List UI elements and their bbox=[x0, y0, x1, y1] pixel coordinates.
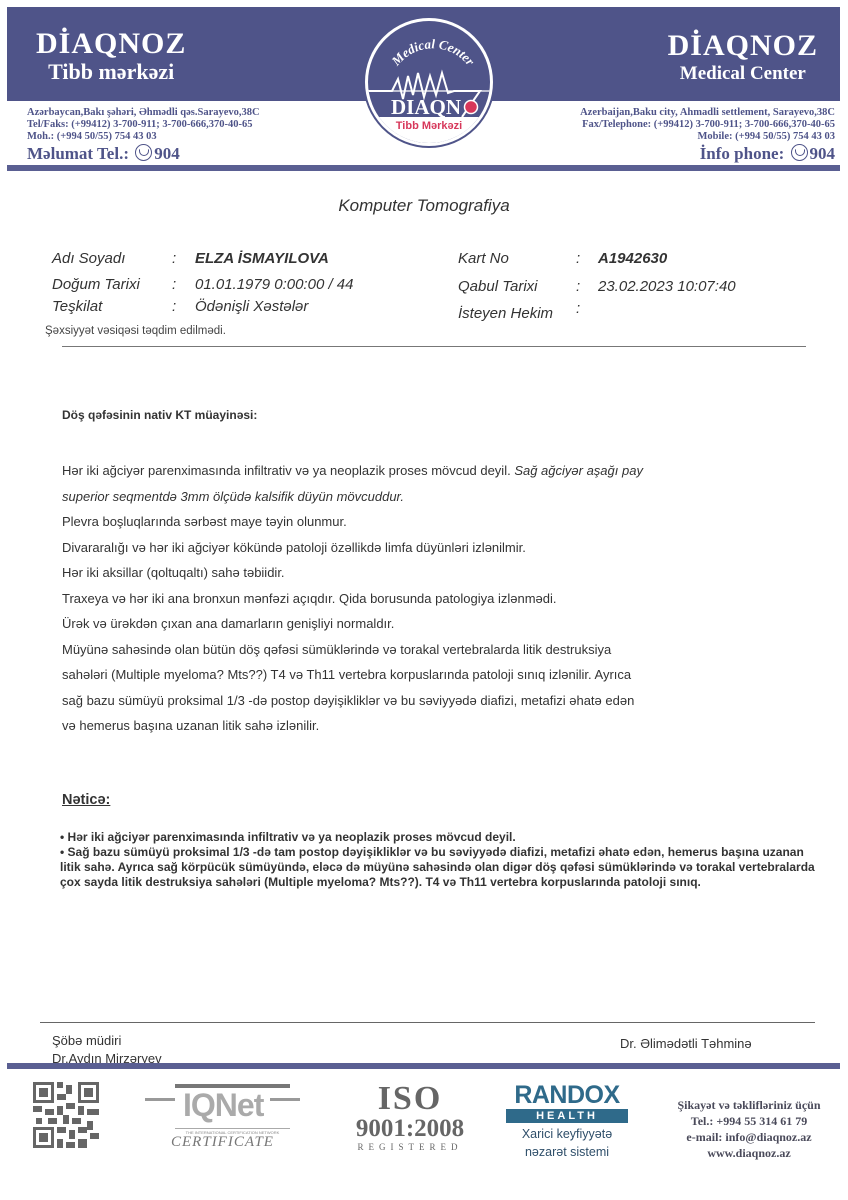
finding-text-italic: Sağ ağciyər aşağı pay bbox=[514, 463, 643, 478]
finding-text: Hər iki ağciyər parenximasında infiltrat… bbox=[62, 463, 514, 478]
dob-label: Doğum Tarixi bbox=[52, 276, 140, 293]
finding-line: sahələri (Multiple myeloma? Mts??) T4 və… bbox=[62, 662, 812, 688]
randox-mark: RANDOX bbox=[506, 1082, 628, 1108]
tel-fax-en: Fax/Telephone: (+99412) 3-700-911; 3-700… bbox=[580, 119, 835, 131]
colon: : bbox=[576, 278, 580, 295]
colon: : bbox=[172, 298, 176, 315]
iqnet-mark: IQNet bbox=[183, 1087, 263, 1124]
conclusion: • Hər iki ağciyər parenximasında infiltr… bbox=[60, 830, 820, 890]
card-value: A1942630 bbox=[598, 250, 667, 267]
iso-logo: ISO 9001:2008 REGISTERED bbox=[345, 1082, 475, 1152]
requesting-doctor-row: İsteyen Hekim : bbox=[458, 305, 553, 322]
headset-icon bbox=[791, 144, 808, 161]
diaqnoz-logo: Medical Center DIAQN Tibb Mərkəzi bbox=[365, 18, 493, 146]
finding-line: Hər iki aksillar (qoltuqaltı) sahə təbii… bbox=[62, 560, 812, 586]
iso-label: REGISTERED bbox=[345, 1142, 475, 1152]
finding-line: Plevra boşluqlarında sərbəst maye təyin … bbox=[62, 509, 812, 535]
svg-text:DIAQN: DIAQN bbox=[391, 95, 461, 119]
admission-row: Qabul Tarixi : 23.02.2023 10:07:40 bbox=[458, 278, 537, 295]
patient-name-row: Adı Soyadı : ELZA İSMAYILOVA bbox=[52, 250, 125, 267]
feedback-tel: Tel.: +994 55 314 61 79 bbox=[650, 1113, 848, 1129]
id-note: Şəxsiyyət vəsiqəsi təqdim edilmədi. bbox=[45, 325, 226, 337]
signature-line bbox=[40, 1022, 815, 1023]
colon: : bbox=[576, 250, 580, 267]
card-label: Kart No bbox=[458, 250, 509, 267]
info-line-az: Məlumat Tel.: 904 bbox=[27, 144, 260, 164]
finding-line: sağ bazu sümüyü proksimal 1/3 -də postop… bbox=[62, 688, 812, 714]
conclusion-item: • Hər iki ağciyər parenximasında infiltr… bbox=[60, 830, 820, 845]
admission-value: 23.02.2023 10:07:40 bbox=[598, 278, 736, 295]
admission-label: Qabul Tarixi bbox=[458, 278, 537, 295]
finding-line: Hər iki ağciyər parenximasında infiltrat… bbox=[62, 458, 812, 484]
document-title: Komputer Tomografiya bbox=[0, 196, 848, 216]
organization-label: Teşkilat bbox=[52, 298, 102, 315]
colon: : bbox=[576, 300, 580, 317]
address-az: Azərbaycan,Bakı şəhəri, Əhmədli qəs.Sara… bbox=[27, 107, 260, 119]
iqnet-dash bbox=[145, 1098, 175, 1101]
finding-line: və hemerus başına uzanan litik sahə izlə… bbox=[62, 713, 812, 739]
info-number-en: 904 bbox=[810, 144, 836, 163]
randox-sub: HEALTH bbox=[506, 1109, 628, 1123]
finding-line: Müyünə sahəsində olan bütün döş qəfəsi s… bbox=[62, 637, 812, 663]
info-label-az: Məlumat Tel.: bbox=[27, 144, 129, 163]
brand-left-name: DİAQNOZ bbox=[36, 28, 186, 60]
card-row: Kart No : A1942630 bbox=[458, 250, 509, 267]
randox-line1: Xarici keyfiyyətə bbox=[506, 1125, 628, 1143]
info-line-en: İnfo phone: 904 bbox=[580, 144, 835, 164]
divider bbox=[62, 346, 806, 347]
organization-row: Teşkilat : Ödənişli Xəstələr bbox=[52, 298, 102, 315]
mobile-az: Moh.: (+994 50/55) 754 43 03 bbox=[27, 131, 260, 143]
info-number-az: 904 bbox=[154, 144, 180, 163]
exam-heading: Döş qəfəsinin nativ KT müayinəsi: bbox=[62, 408, 257, 422]
organization-value: Ödənişli Xəstələr bbox=[195, 298, 308, 315]
finding-line: superior seqmentdə 3mm ölçüdə kalsifik d… bbox=[62, 484, 812, 510]
feedback-title: Şikayət və təklifləriniz üçün bbox=[650, 1097, 848, 1113]
colon: : bbox=[172, 250, 176, 267]
feedback-email[interactable]: e-mail: info@diaqnoz.az bbox=[650, 1129, 848, 1145]
finding-line: Divararalığı və hər iki ağciyər kökündə … bbox=[62, 535, 812, 561]
feedback-contact: Şikayət və təklifləriniz üçün Tel.: +994… bbox=[650, 1097, 848, 1161]
address-en: Azerbaijan,Baku city, Ahmadli settlement… bbox=[580, 107, 835, 119]
brand-right-subtitle: Medical Center bbox=[668, 62, 818, 86]
randox-logo: RANDOX HEALTH Xarici keyfiyyətə nəzarət … bbox=[506, 1082, 628, 1161]
brand-left-subtitle: Tibb mərkəzi bbox=[36, 60, 186, 84]
patient-name-label: Adı Soyadı bbox=[52, 250, 125, 267]
finding-line: Ürək və ürəkdən çıxan ana damarların gen… bbox=[62, 611, 812, 637]
iso-mark: ISO bbox=[345, 1082, 475, 1116]
conclusion-item: • Sağ bazu sümüyü proksimal 1/3 -də tam … bbox=[60, 845, 820, 890]
tel-fax-az: Tel/Faks: (+99412) 3-700-911; 3-700-666,… bbox=[27, 119, 260, 131]
iqnet-label: CERTIFICATE bbox=[145, 1134, 300, 1151]
brand-left: DİAQNOZ Tibb mərkəzi bbox=[36, 28, 186, 84]
contact-right: Azerbaijan,Baku city, Ahmadli settlement… bbox=[580, 107, 835, 164]
svg-text:Medical Center: Medical Center bbox=[388, 36, 479, 69]
finding-line: Traxeya və hər iki ana bronxun mənfəzi a… bbox=[62, 586, 812, 612]
brand-right-name: DİAQNOZ bbox=[668, 30, 818, 62]
headset-icon bbox=[135, 144, 152, 161]
footer-stripe bbox=[7, 1063, 840, 1069]
iqnet-certificate-logo: IQNet THE INTERNATIONAL CERTIFICATION NE… bbox=[145, 1082, 300, 1152]
iso-number: 9001:2008 bbox=[345, 1116, 475, 1142]
header-stripe bbox=[7, 165, 840, 171]
info-label-en: İnfo phone: bbox=[700, 144, 785, 163]
qr-code-icon bbox=[33, 1082, 99, 1148]
reporting-doctor: Dr. Əlimədətli Təhminə bbox=[620, 1036, 752, 1051]
feedback-website[interactable]: www.diaqnoz.az bbox=[650, 1145, 848, 1161]
dob-row: Doğum Tarixi : 01.01.1979 0:00:00 / 44 bbox=[52, 276, 140, 293]
logo-subtext: Tibb Mərkəzi bbox=[368, 117, 490, 143]
department-head-title: Şöbə müdiri bbox=[52, 1032, 162, 1050]
requesting-doctor-label: İsteyen Hekim bbox=[458, 305, 553, 322]
conclusion-heading: Nəticə: bbox=[62, 792, 110, 808]
iqnet-dash bbox=[270, 1098, 300, 1101]
dob-value: 01.01.1979 0:00:00 / 44 bbox=[195, 276, 353, 293]
colon: : bbox=[172, 276, 176, 293]
iso-mark-text: ISO bbox=[378, 1080, 443, 1117]
randox-line2: nəzarət sistemi bbox=[506, 1143, 628, 1161]
mobile-en: Mobile: (+994 50/55) 754 43 03 bbox=[580, 131, 835, 143]
findings: Hər iki ağciyər parenximasında infiltrat… bbox=[62, 458, 812, 739]
patient-name-value: ELZA İSMAYILOVA bbox=[195, 250, 329, 267]
contact-left: Azərbaycan,Bakı şəhəri, Əhmədli qəs.Sara… bbox=[27, 107, 260, 164]
brand-right: DİAQNOZ Medical Center bbox=[668, 30, 818, 86]
